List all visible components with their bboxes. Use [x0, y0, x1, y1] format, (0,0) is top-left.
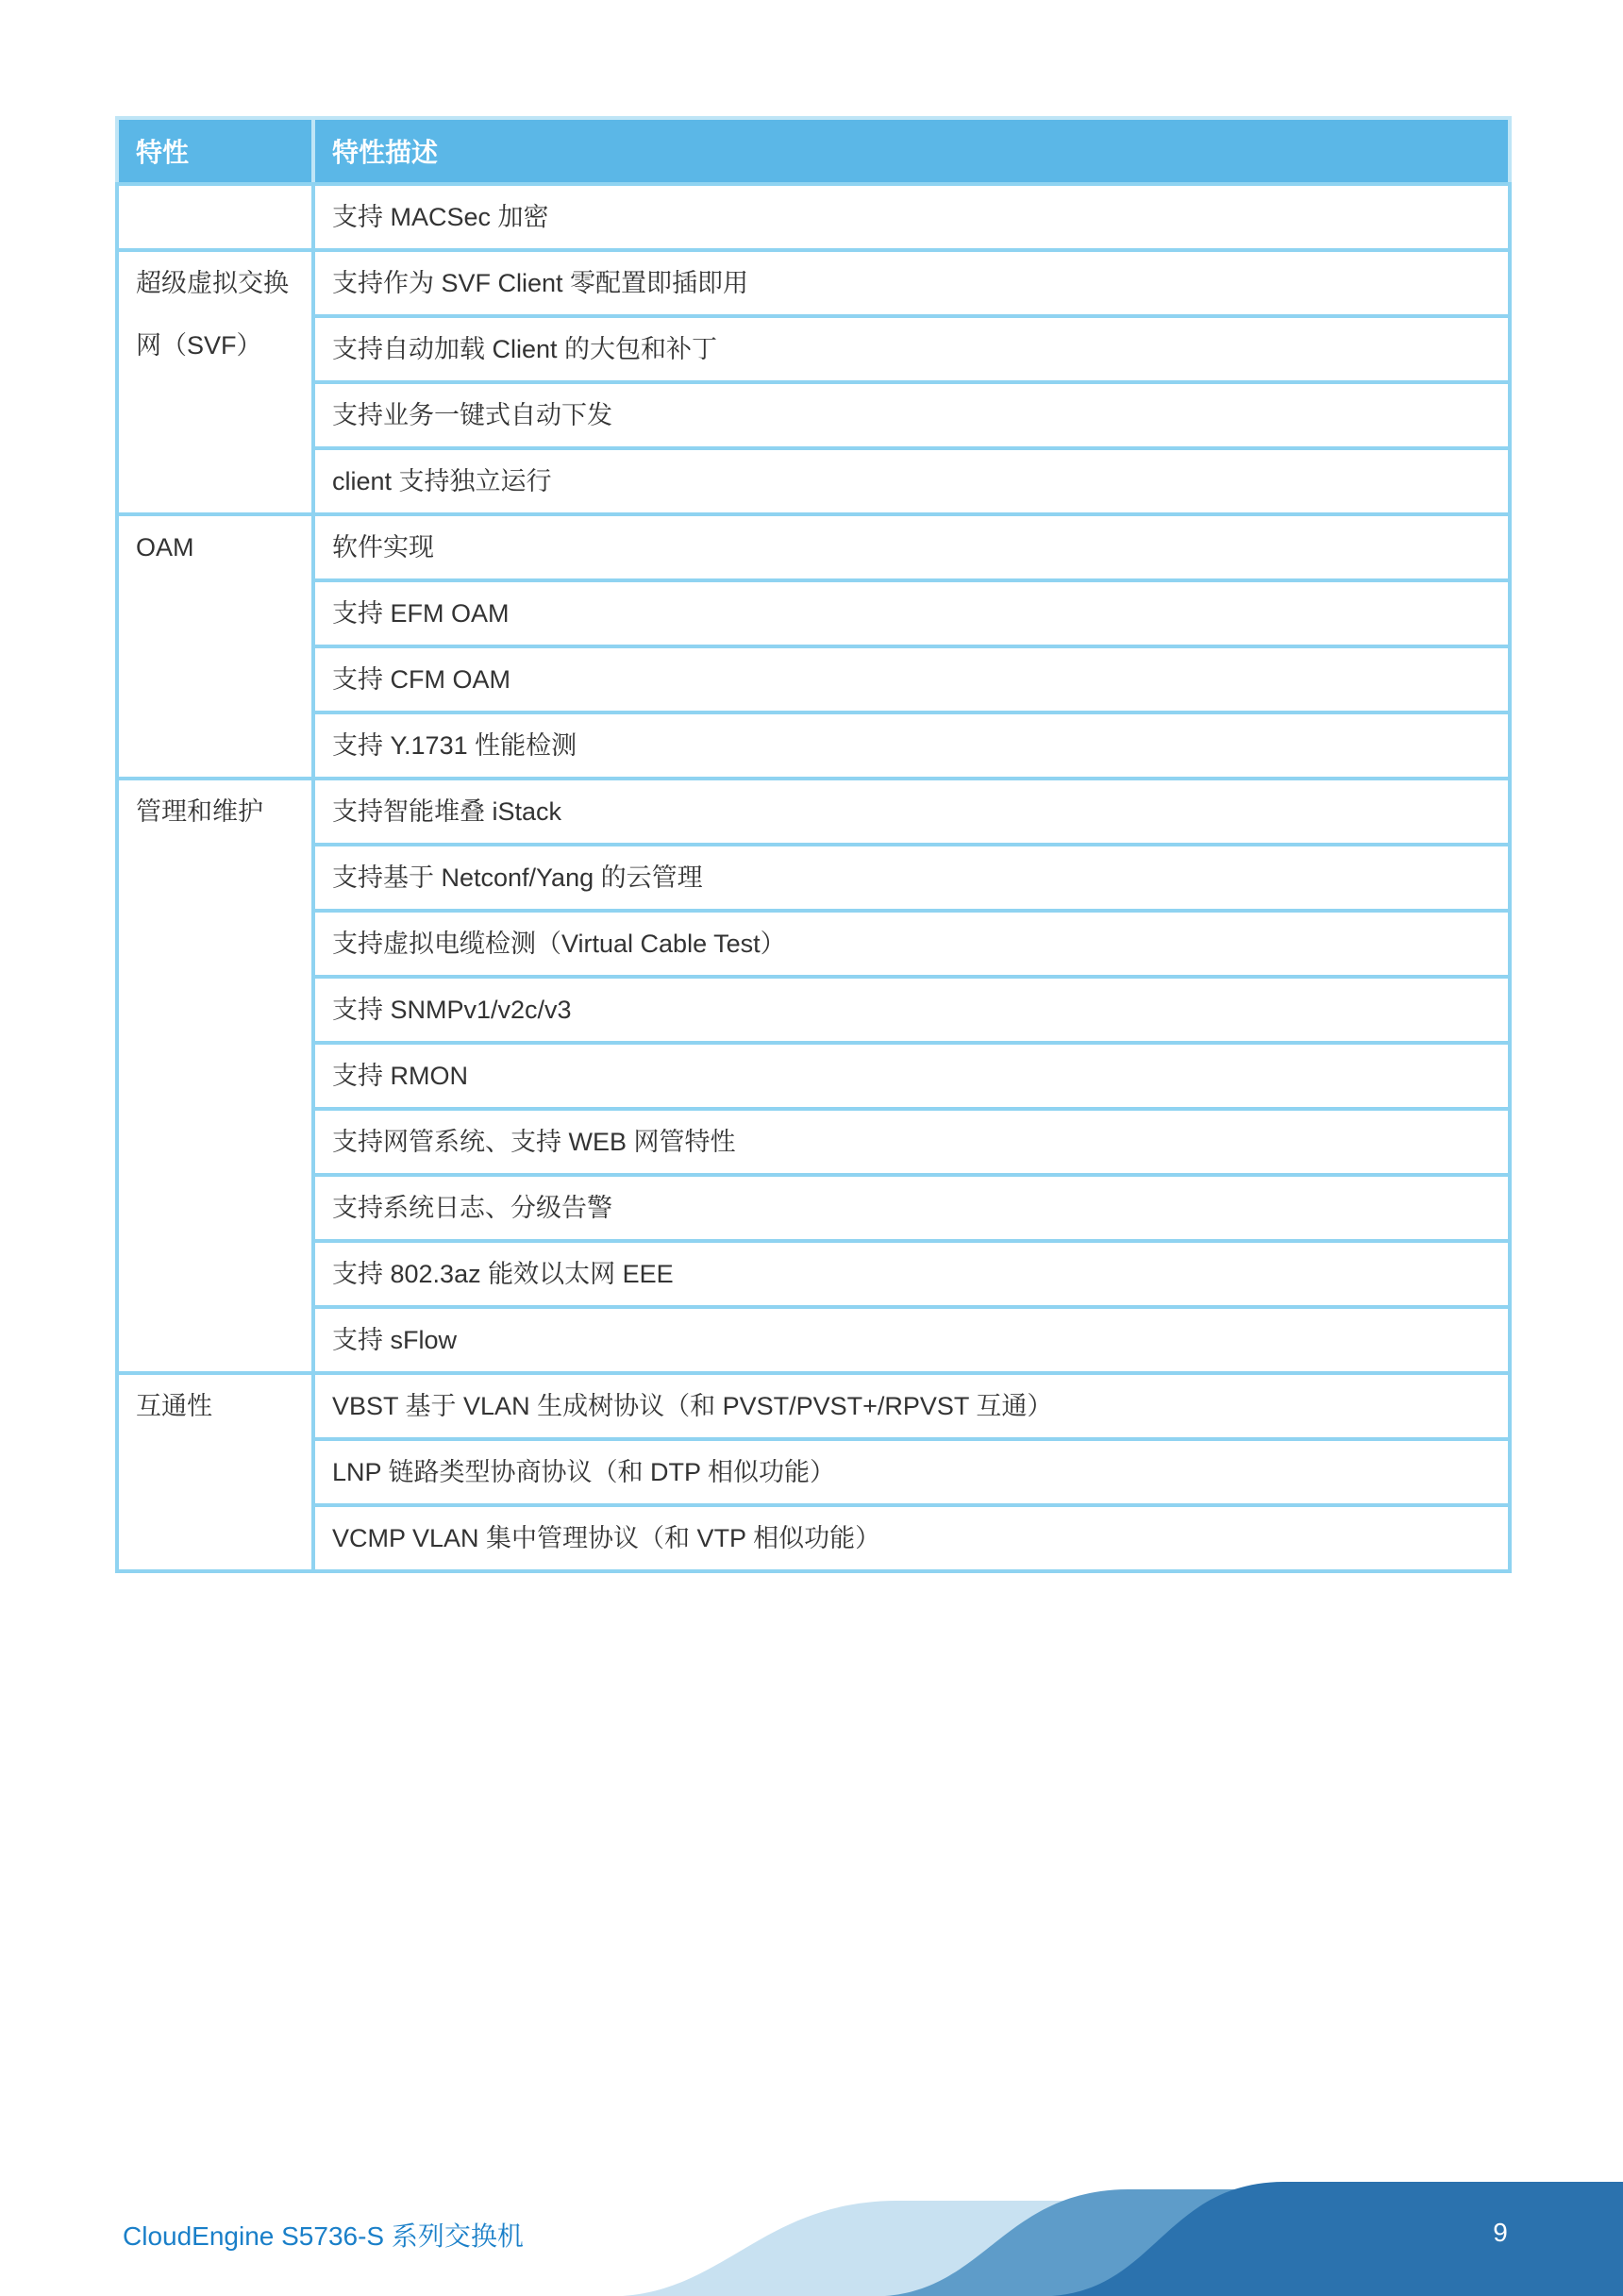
- feature-description-cell: 软件实现: [313, 514, 1510, 580]
- feature-description-cell: 支持基于 Netconf/Yang 的云管理: [313, 845, 1510, 911]
- datasheet-page: 特性 特性描述 支持 MACSec 加密超级虚拟交换网（SVF）支持作为 SVF…: [0, 0, 1623, 2296]
- table-row: 支持 CFM OAM: [117, 646, 1510, 712]
- feature-description-cell: VBST 基于 VLAN 生成树协议（和 PVST/PVST+/RPVST 互通…: [313, 1373, 1510, 1439]
- feature-description-cell: 支持虚拟电缆检测（Virtual Cable Test）: [313, 911, 1510, 977]
- table-row: client 支持独立运行: [117, 448, 1510, 514]
- table-row: 支持自动加载 Client 的大包和补丁: [117, 316, 1510, 382]
- table-row: 支持 SNMPv1/v2c/v3: [117, 977, 1510, 1043]
- table-row: 支持 sFlow: [117, 1307, 1510, 1373]
- table-row: 互通性VBST 基于 VLAN 生成树协议（和 PVST/PVST+/RPVST…: [117, 1373, 1510, 1439]
- table-row: 支持系统日志、分级告警: [117, 1175, 1510, 1241]
- table-row: 支持网管系统、支持 WEB 网管特性: [117, 1109, 1510, 1175]
- feature-description-cell: 支持系统日志、分级告警: [313, 1175, 1510, 1241]
- feature-category-cell: [117, 184, 313, 250]
- feature-table-container: 特性 特性描述 支持 MACSec 加密超级虚拟交换网（SVF）支持作为 SVF…: [115, 116, 1508, 1573]
- table-row: VCMP VLAN 集中管理协议（和 VTP 相似功能）: [117, 1505, 1510, 1571]
- feature-description-cell: 支持 Y.1731 性能检测: [313, 712, 1510, 779]
- feature-category-cell: OAM: [117, 514, 313, 779]
- page-number: 9: [1472, 2218, 1529, 2248]
- table-row: LNP 链路类型协商协议（和 DTP 相似功能）: [117, 1439, 1510, 1505]
- feature-description-cell: 支持业务一键式自动下发: [313, 382, 1510, 448]
- table-row: OAM软件实现: [117, 514, 1510, 580]
- table-row: 支持 RMON: [117, 1043, 1510, 1109]
- feature-category-cell: 超级虚拟交换网（SVF）: [117, 250, 313, 514]
- feature-description-cell: 支持 SNMPv1/v2c/v3: [313, 977, 1510, 1043]
- feature-description-cell: 支持 EFM OAM: [313, 580, 1510, 646]
- feature-description-cell: 支持网管系统、支持 WEB 网管特性: [313, 1109, 1510, 1175]
- feature-category-cell: 互通性: [117, 1373, 313, 1571]
- feature-category-cell: 管理和维护: [117, 779, 313, 1373]
- feature-description-cell: 支持 802.3az 能效以太网 EEE: [313, 1241, 1510, 1307]
- feature-description-cell: 支持 MACSec 加密: [313, 184, 1510, 250]
- footer-wave-graphic: [0, 2107, 1623, 2296]
- feature-description-cell: 支持 RMON: [313, 1043, 1510, 1109]
- table-row: 支持 EFM OAM: [117, 580, 1510, 646]
- feature-description-cell: 支持作为 SVF Client 零配置即插即用: [313, 250, 1510, 316]
- table-row: 支持业务一键式自动下发: [117, 382, 1510, 448]
- table-row: 支持 MACSec 加密: [117, 184, 1510, 250]
- column-header-feature: 特性: [117, 118, 313, 184]
- table-row: 支持 Y.1731 性能检测: [117, 712, 1510, 779]
- feature-description-cell: 支持智能堆叠 iStack: [313, 779, 1510, 845]
- feature-description-cell: VCMP VLAN 集中管理协议（和 VTP 相似功能）: [313, 1505, 1510, 1571]
- table-row: 支持基于 Netconf/Yang 的云管理: [117, 845, 1510, 911]
- feature-description-cell: 支持 CFM OAM: [313, 646, 1510, 712]
- table-row: 超级虚拟交换网（SVF）支持作为 SVF Client 零配置即插即用: [117, 250, 1510, 316]
- table-header-row: 特性 特性描述: [117, 118, 1510, 184]
- table-row: 管理和维护支持智能堆叠 iStack: [117, 779, 1510, 845]
- feature-table: 特性 特性描述 支持 MACSec 加密超级虚拟交换网（SVF）支持作为 SVF…: [115, 116, 1512, 1573]
- table-row: 支持虚拟电缆检测（Virtual Cable Test）: [117, 911, 1510, 977]
- feature-description-cell: 支持 sFlow: [313, 1307, 1510, 1373]
- column-header-feature-description: 特性描述: [313, 118, 1510, 184]
- table-row: 支持 802.3az 能效以太网 EEE: [117, 1241, 1510, 1307]
- feature-description-cell: LNP 链路类型协商协议（和 DTP 相似功能）: [313, 1439, 1510, 1505]
- feature-description-cell: client 支持独立运行: [313, 448, 1510, 514]
- feature-description-cell: 支持自动加载 Client 的大包和补丁: [313, 316, 1510, 382]
